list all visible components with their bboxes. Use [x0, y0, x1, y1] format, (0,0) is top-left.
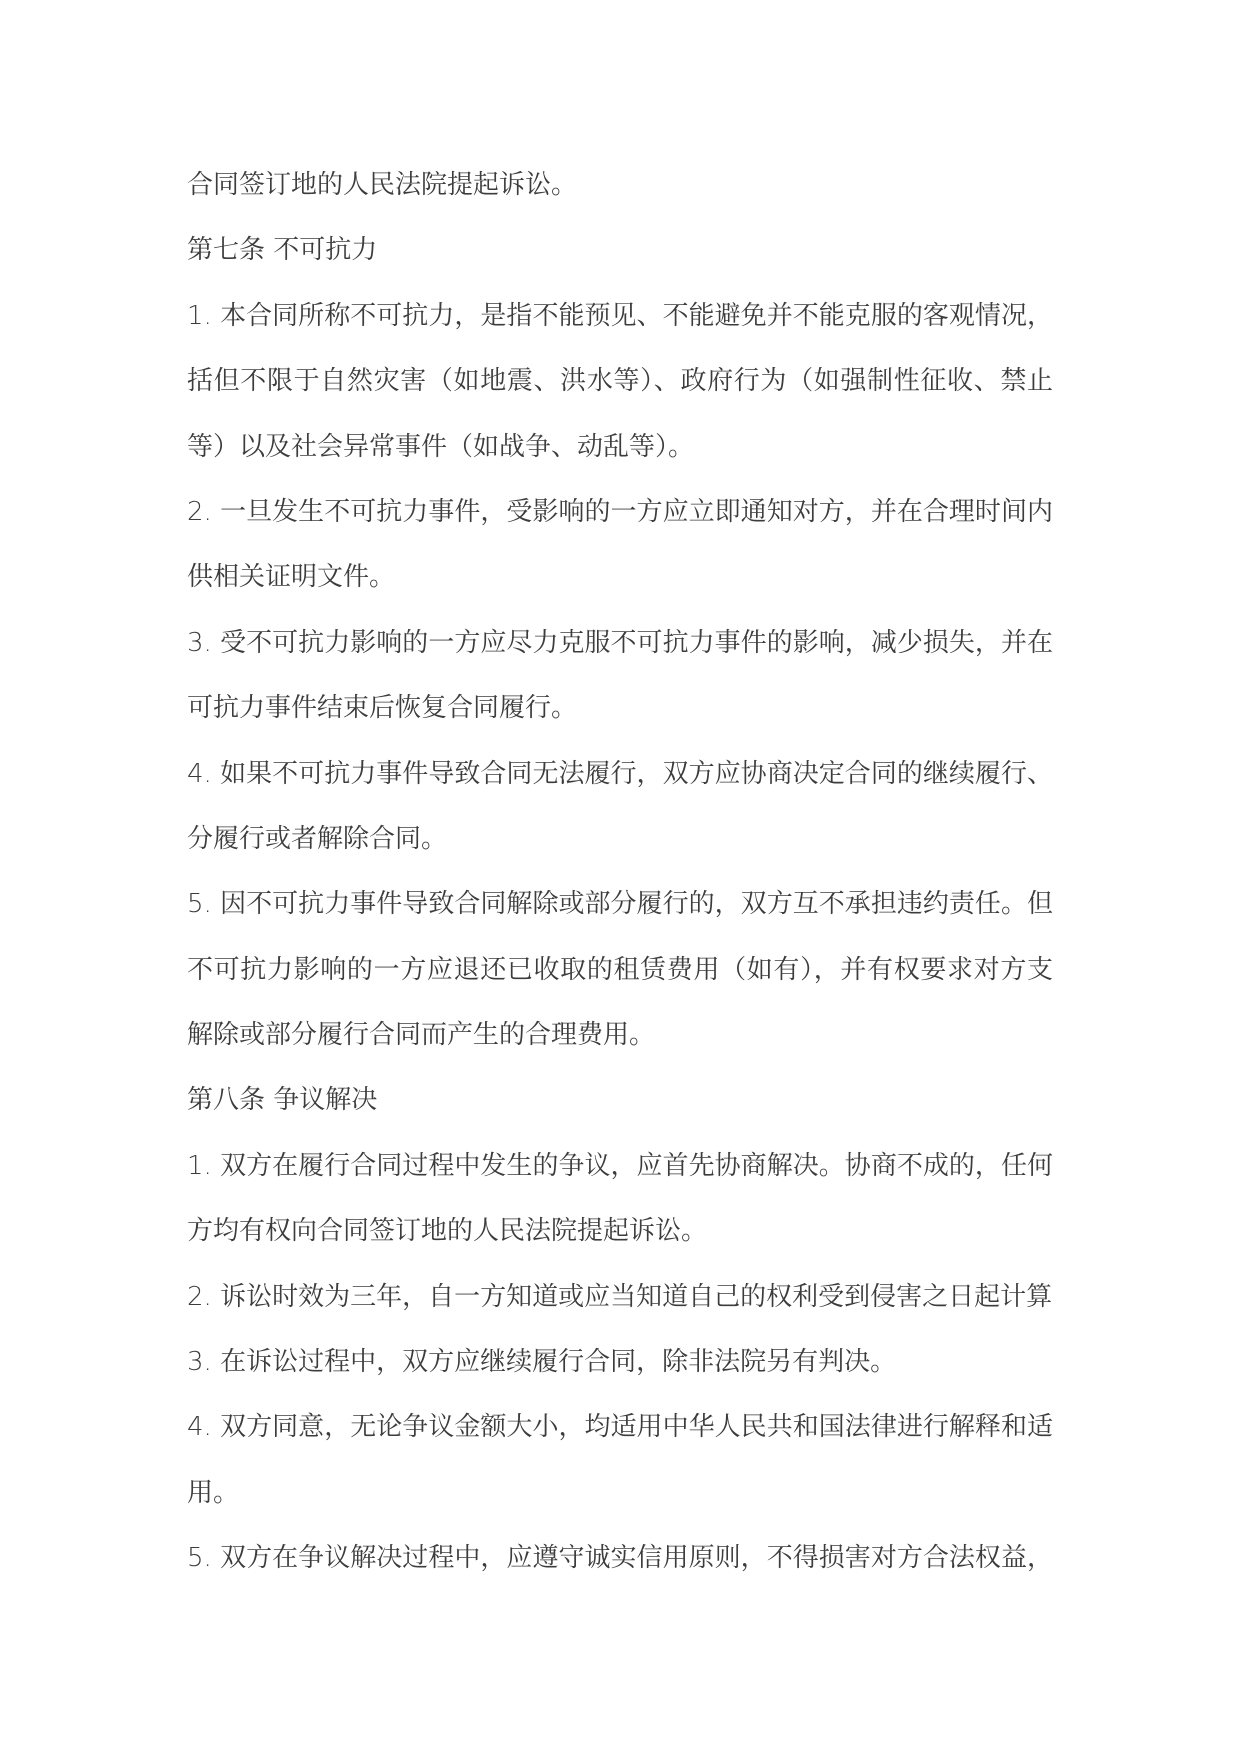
- text-line: 等）以及社会异常事件（如战争、动乱等）。: [187, 415, 1053, 480]
- text-line: 不可抗力影响的一方应退还已收取的租赁费用（如有），并有权要求对方支付因: [187, 938, 1053, 1003]
- text-line: 供相关证明文件。: [187, 545, 1053, 610]
- text-line: 分履行或者解除合同。: [187, 807, 1053, 872]
- article-7-heading: 第七条 不可抗力: [187, 218, 1053, 283]
- text-line: 3. 在诉讼过程中，双方应继续履行合同，除非法院另有判决。: [187, 1330, 1053, 1395]
- text-line: 可抗力事件结束后恢复合同履行。: [187, 676, 1053, 741]
- text-line: 2. 一旦发生不可抗力事件，受影响的一方应立即通知对方，并在合理时间内提: [187, 480, 1053, 545]
- text-line: 5. 双方在争议解决过程中，应遵守诚实信用原则，不得损害对方合法权益，不: [187, 1526, 1053, 1591]
- text-line: 1. 本合同所称不可抗力，是指不能预见、不能避免并不能克服的客观情况，包: [187, 284, 1053, 349]
- article-8-heading: 第八条 争议解决: [187, 1068, 1053, 1133]
- text-line: 用。: [187, 1461, 1053, 1526]
- text-line: 5. 因不可抗力事件导致合同解除或部分履行的，双方互不承担违约责任。但受: [187, 872, 1053, 937]
- text-line: 3. 受不可抗力影响的一方应尽力克服不可抗力事件的影响，减少损失，并在不: [187, 611, 1053, 676]
- text-line: 4. 双方同意，无论争议金额大小，均适用中华人民共和国法律进行解释和适: [187, 1395, 1053, 1460]
- text-line: 括但不限于自然灾害（如地震、洪水等）、政府行为（如强制性征收、禁止施工: [187, 349, 1053, 414]
- text-line: 4. 如果不可抗力事件导致合同无法履行，双方应协商决定合同的继续履行、部: [187, 742, 1053, 807]
- document-page: 合同签订地的人民法院提起诉讼。 第七条 不可抗力 1. 本合同所称不可抗力，是指…: [0, 0, 1240, 1753]
- text-line: 方均有权向合同签订地的人民法院提起诉讼。: [187, 1199, 1053, 1264]
- text-line: 2. 诉讼时效为三年，自一方知道或应当知道自己的权利受到侵害之日起计算。: [187, 1265, 1053, 1330]
- text-line: 1. 双方在履行合同过程中发生的争议，应首先协商解决。协商不成的，任何一: [187, 1134, 1053, 1199]
- text-line: 解除或部分履行合同而产生的合理费用。: [187, 1003, 1053, 1068]
- text-line: 合同签订地的人民法院提起诉讼。: [187, 153, 1053, 218]
